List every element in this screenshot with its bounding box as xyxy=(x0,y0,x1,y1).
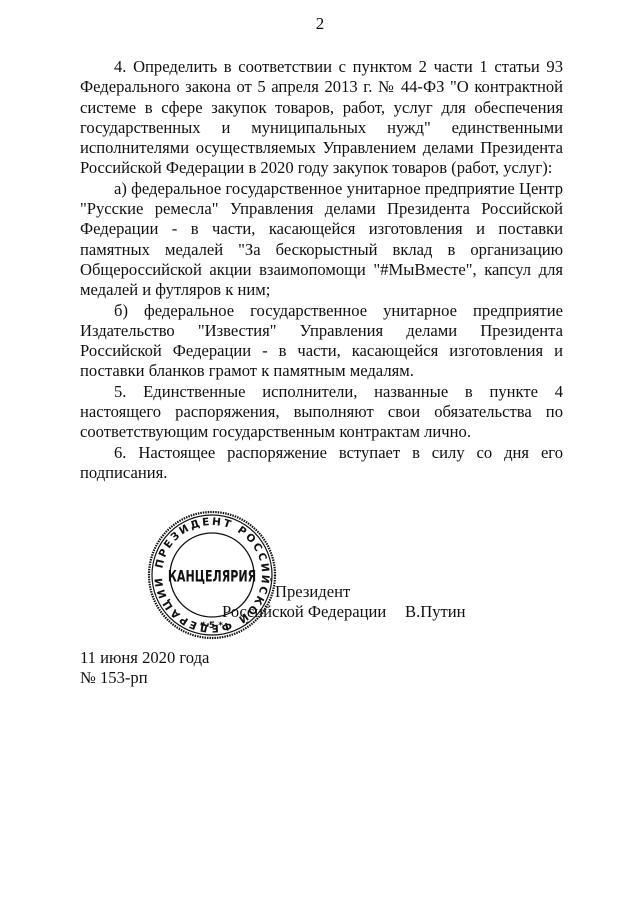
official-stamp: ПРЕЗИДЕНТ РОССИЙСКОЙ ФЕДЕРАЦИИ КАНЦЕЛЯРИ… xyxy=(146,509,278,641)
page-number: 2 xyxy=(0,14,640,34)
document-number: № 153-рп xyxy=(80,668,209,688)
signature-title-line1: Президент xyxy=(275,582,350,602)
paragraph-6: 6. Настоящее распоряжение вступает в сил… xyxy=(80,443,563,484)
paragraph-5: 5. Единственные исполнители, названные в… xyxy=(80,382,563,443)
paragraph-4: 4. Определить в соответствии с пунктом 2… xyxy=(80,57,563,179)
document-body: 4. Определить в соответствии с пунктом 2… xyxy=(80,57,563,483)
signature-name: В.Путин xyxy=(405,602,466,622)
paragraph-4a: а) федеральное государственное унитарное… xyxy=(80,179,563,301)
stamp-seal-icon: ПРЕЗИДЕНТ РОССИЙСКОЙ ФЕДЕРАЦИИ КАНЦЕЛЯРИ… xyxy=(146,509,278,641)
svg-text:КАНЦЕЛЯРИЯ: КАНЦЕЛЯРИЯ xyxy=(168,568,256,586)
date-block: 11 июня 2020 года № 153-рп xyxy=(80,648,209,688)
paragraph-4b: б) федеральное государственное унитарное… xyxy=(80,301,563,382)
svg-text:* 5 *: * 5 * xyxy=(201,621,223,631)
document-date: 11 июня 2020 года xyxy=(80,648,209,668)
